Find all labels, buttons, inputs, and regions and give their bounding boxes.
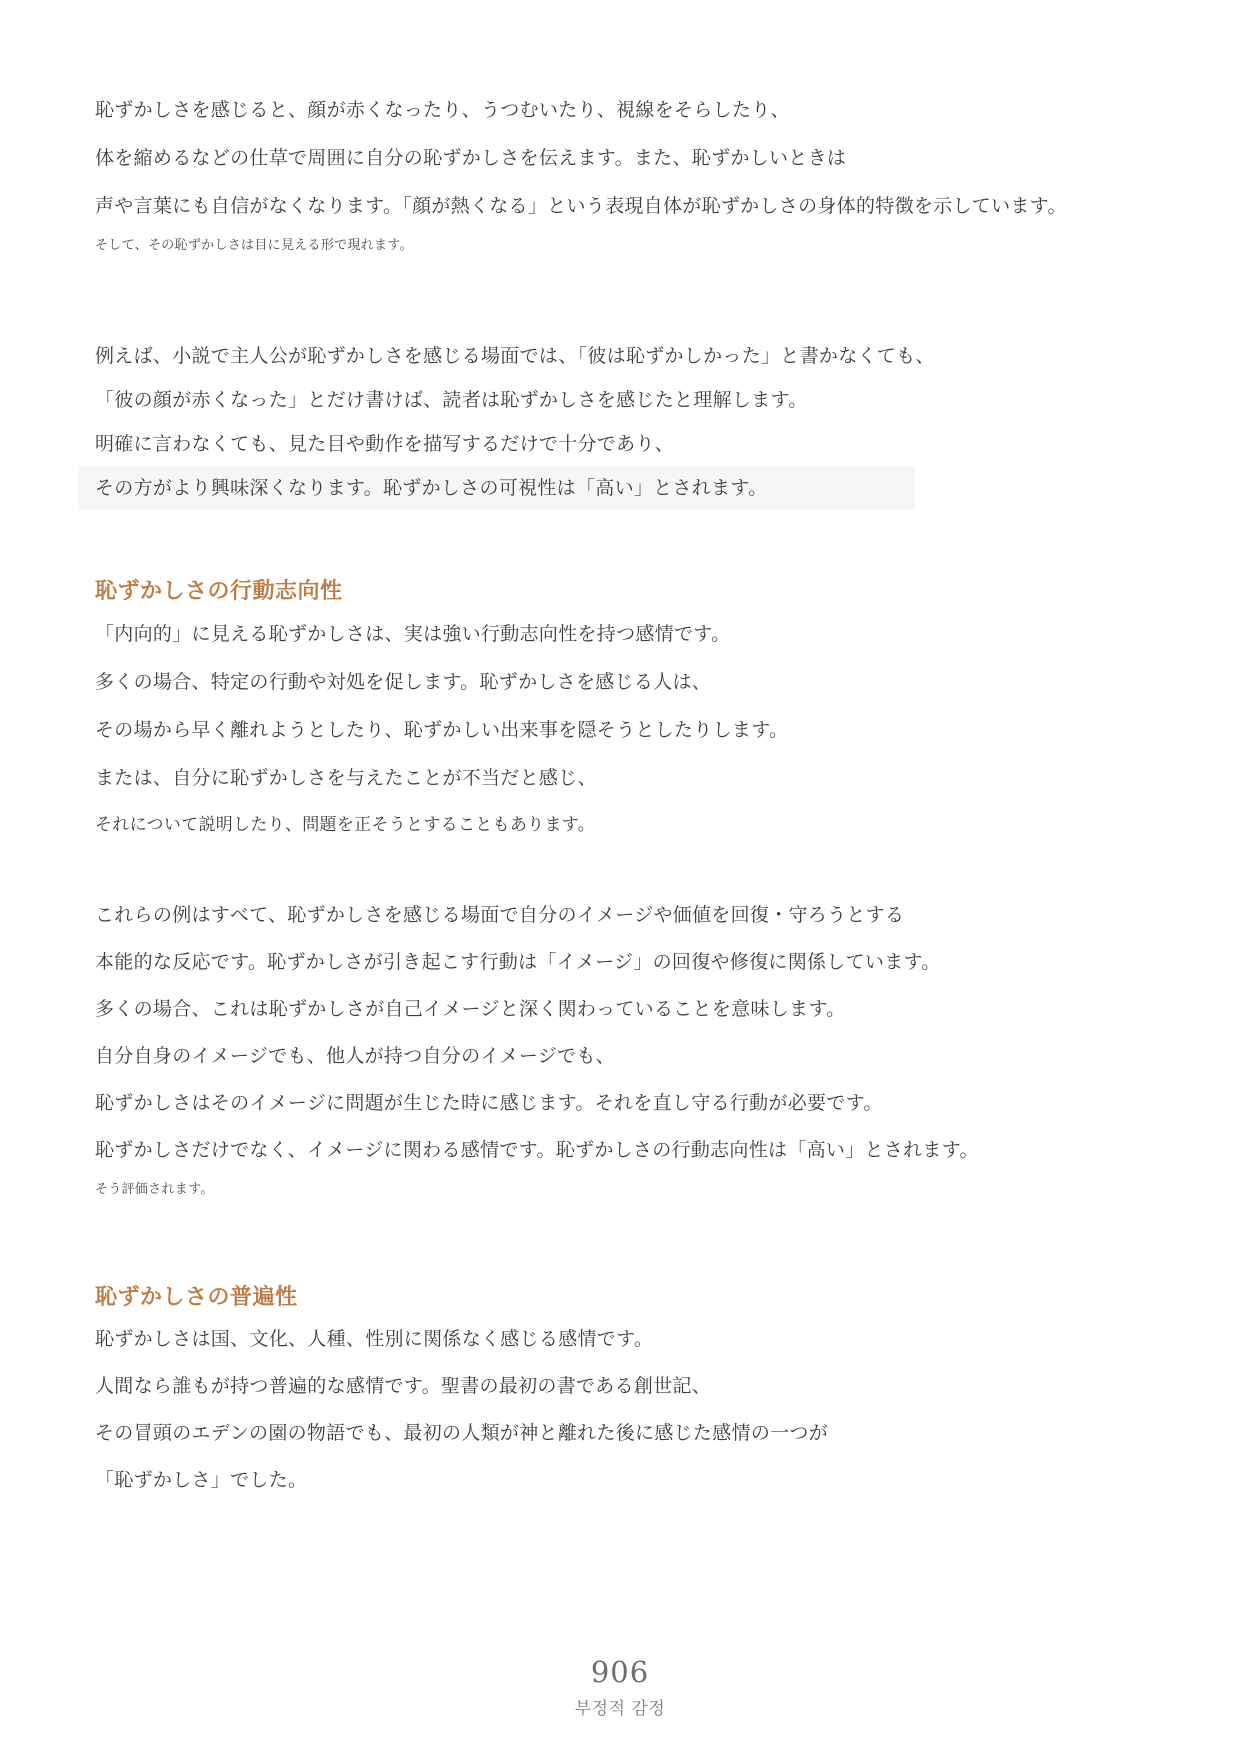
text-line: 恥ずかしさだけでなく、イメージに関わる感情です。恥ずかしさの行動志向性は「高い」… [95, 1127, 1180, 1174]
text-line: 多くの場合、特定の行動や対処を促します。恥ずかしさを感じる人は、 [95, 658, 1180, 706]
text-line: 本能的な反応です。恥ずかしさが引き起こす行動は「イメージ」の回復や修復に関係して… [95, 939, 1180, 986]
footnote-line: そして、その恥ずかしさは目に見える形で現れます。 [95, 230, 1180, 262]
text-line: 「内向的」に見える恥ずかしさは、実は強い行動志向性を持つ感情です。 [95, 610, 1180, 658]
page-content: 恥ずかしさを感じると、顔が赤くなったり、うつむいたり、視線をそらしたり、 体を縮… [0, 0, 1240, 1504]
section-heading-action-orientation: 恥ずかしさの行動志向性 [95, 572, 1180, 610]
footnote-line: そう評価されます。 [95, 1174, 1180, 1206]
page-footer: 906 부정적 감정 [0, 1655, 1240, 1719]
paragraph-action-orientation: 「内向的」に見える恥ずかしさは、実は強い行動志向性を持つ感情です。 多くの場合、… [95, 610, 1180, 848]
paragraph-universality: 恥ずかしさは国、文化、人種、性別に関係なく感じる感情です。 人間なら誰もが持つ普… [95, 1316, 1180, 1504]
section-heading-universality: 恥ずかしさの普遍性 [95, 1278, 1180, 1316]
text-line: 恥ずかしさはそのイメージに問題が生じた時に感じます。それを直し守る行動が必要です… [95, 1080, 1180, 1127]
footer-chapter-label: 부정적 감정 [0, 1699, 1240, 1719]
text-line: 声や言葉にも自信がなくなります。「顔が熱くなる」という表現自体が恥ずかしさの身体… [95, 182, 1180, 230]
text-line: その冒頭のエデンの園の物語でも、最初の人類が神と離れた後に感じた感情の一つが [95, 1410, 1180, 1457]
text-line-small: それについて説明したり、問題を正そうとすることもあります。 [95, 802, 1180, 848]
text-line: 人間なら誰もが持つ普遍的な感情です。聖書の最初の書である創世記、 [95, 1363, 1180, 1410]
paragraph-image-recovery: これらの例はすべて、恥ずかしさを感じる場面で自分のイメージや価値を回復・守ろうと… [95, 892, 1180, 1206]
document-page: 恥ずかしさを感じると、顔が赤くなったり、うつむいたり、視線をそらしたり、 体を縮… [0, 0, 1240, 1754]
text-line: 恥ずかしさを感じると、顔が赤くなったり、うつむいたり、視線をそらしたり、 [95, 86, 1180, 134]
text-line: 多くの場合、これは恥ずかしさが自己イメージと深く関わっていることを意味します。 [95, 986, 1180, 1033]
paragraph-visibility-intro: 恥ずかしさを感じると、顔が赤くなったり、うつむいたり、視線をそらしたり、 体を縮… [95, 86, 1180, 262]
text-line: 自分自身のイメージでも、他人が持つ自分のイメージでも、 [95, 1033, 1180, 1080]
page-number: 906 [0, 1655, 1240, 1689]
text-line: 「恥ずかしさ」でした。 [95, 1457, 1180, 1504]
text-line: その場から早く離れようとしたり、恥ずかしい出来事を隠そうとしたりします。 [95, 706, 1180, 754]
text-line: これらの例はすべて、恥ずかしさを感じる場面で自分のイメージや価値を回復・守ろうと… [95, 892, 1180, 939]
text-line: 例えば、小説で主人公が恥ずかしさを感じる場面では、「彼は恥ずかしかった」と書かな… [95, 334, 1180, 378]
text-line: または、自分に恥ずかしさを与えたことが不当だと感じ、 [95, 754, 1180, 802]
text-line: 体を縮めるなどの仕草で周囲に自分の恥ずかしさを伝えます。また、恥ずかしいときは [95, 134, 1180, 182]
text-line: 明確に言わなくても、見た目や動作を描写するだけで十分であり、 [95, 422, 1180, 466]
paragraph-novel-example: 例えば、小説で主人公が恥ずかしさを感じる場面では、「彼は恥ずかしかった」と書かな… [95, 334, 1180, 510]
text-line: 恥ずかしさは国、文化、人種、性別に関係なく感じる感情です。 [95, 1316, 1180, 1363]
text-line-highlighted: その方がより興味深くなります。恥ずかしさの可視性は「高い」とされます。 [78, 466, 915, 510]
text-line: 「彼の顔が赤くなった」とだけ書けば、読者は恥ずかしさを感じたと理解します。 [95, 378, 1180, 422]
